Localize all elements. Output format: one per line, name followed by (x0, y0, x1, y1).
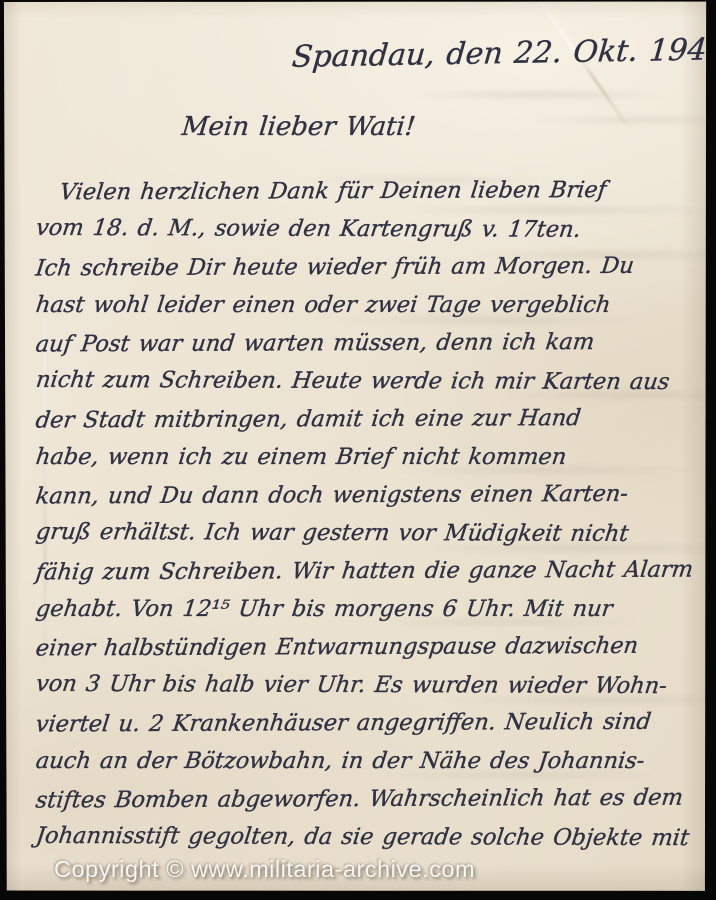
letter-line: Johannisstift gegolten, da sie gerade so… (34, 817, 707, 857)
letter-line: auf Post war und warten müssen, denn ich… (34, 323, 707, 364)
letter-line: fähig zum Schreiben. Wir hatten die ganz… (34, 551, 707, 592)
letter-line: nicht zum Schreiben. Heute werde ich mir… (34, 361, 707, 401)
letter-line: der Stadt mitbringen, damit ich eine zur… (34, 399, 707, 440)
letter-line: kann, und Du dann doch wenigstens einen … (34, 475, 707, 516)
letter-line: hast wohl leider einen oder zwei Tage ve… (34, 286, 707, 324)
letter-line: Vielen herzlichen Dank für Deinen lieben… (34, 171, 707, 212)
letter-dateline: Spandau, den 22. Okt. 1940 (290, 32, 716, 75)
letter-line: gehabt. Von 12¹⁵ Uhr bis morgens 6 Uhr. … (34, 590, 707, 628)
copyright-watermark: Copyright © www.militaria-archive.com (54, 856, 475, 883)
letter-line: Ich schreibe Dir heute wieder früh am Mo… (34, 247, 707, 288)
letter-line: gruß erhältst. Ich war gestern vor Müdig… (34, 513, 707, 553)
letter-line: von 3 Uhr bis halb vier Uhr. Es wurden w… (34, 665, 707, 705)
letter-line: vom 18. d. M., sowie den Kartengruß v. 1… (34, 209, 707, 249)
letter-line: auch an der Bötzowbahn, in der Nähe des … (34, 742, 707, 780)
letter-line: einer halbstündigen Entwarnungspause daz… (34, 627, 707, 668)
letter-salutation: Mein lieber Wati! (180, 112, 416, 142)
scanned-letter-photo: Spandau, den 22. Okt. 1940 Mein lieber W… (0, 0, 716, 900)
letter-line: stiftes Bomben abgeworfen. Wahrscheinlic… (34, 779, 707, 820)
letter-line: viertel u. 2 Krankenhäuser angegriffen. … (34, 703, 707, 744)
letter-line: habe, wenn ich zu einem Brief nicht komm… (34, 438, 707, 476)
letter-page: Spandau, den 22. Okt. 1940 Mein lieber W… (0, 0, 716, 900)
letter-body: Vielen herzlichen Dank für Deinen lieben… (36, 172, 704, 856)
